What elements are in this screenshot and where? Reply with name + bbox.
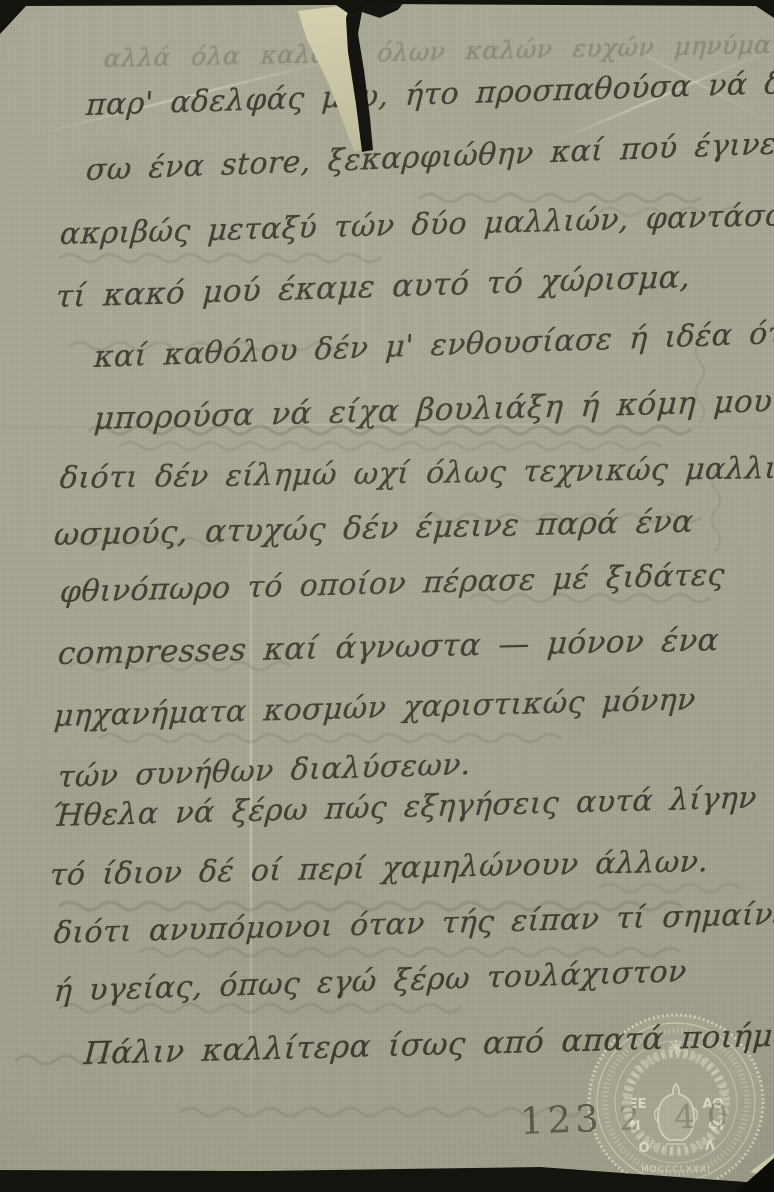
seal-letter: Ο	[638, 1141, 649, 1156]
archival-number: 1232 40	[519, 1092, 740, 1143]
scanned-letter-photo: ΞΕ ΑΘ Ν ΦΙ Ο Λ MDCCCLXXXI 1232 40 αλλά ό…	[0, 0, 774, 1192]
seal-roman-numerals: MDCCCLXXXI	[641, 1165, 711, 1175]
archival-number-main: 123	[519, 1097, 603, 1143]
seal-letter: Λ	[705, 1139, 715, 1154]
letter-paper: ΞΕ ΑΘ Ν ΦΙ Ο Λ MDCCCLXXXI 1232 40 αλλά ό…	[0, 0, 774, 1192]
archival-number-faint: 2 40	[618, 1095, 741, 1138]
